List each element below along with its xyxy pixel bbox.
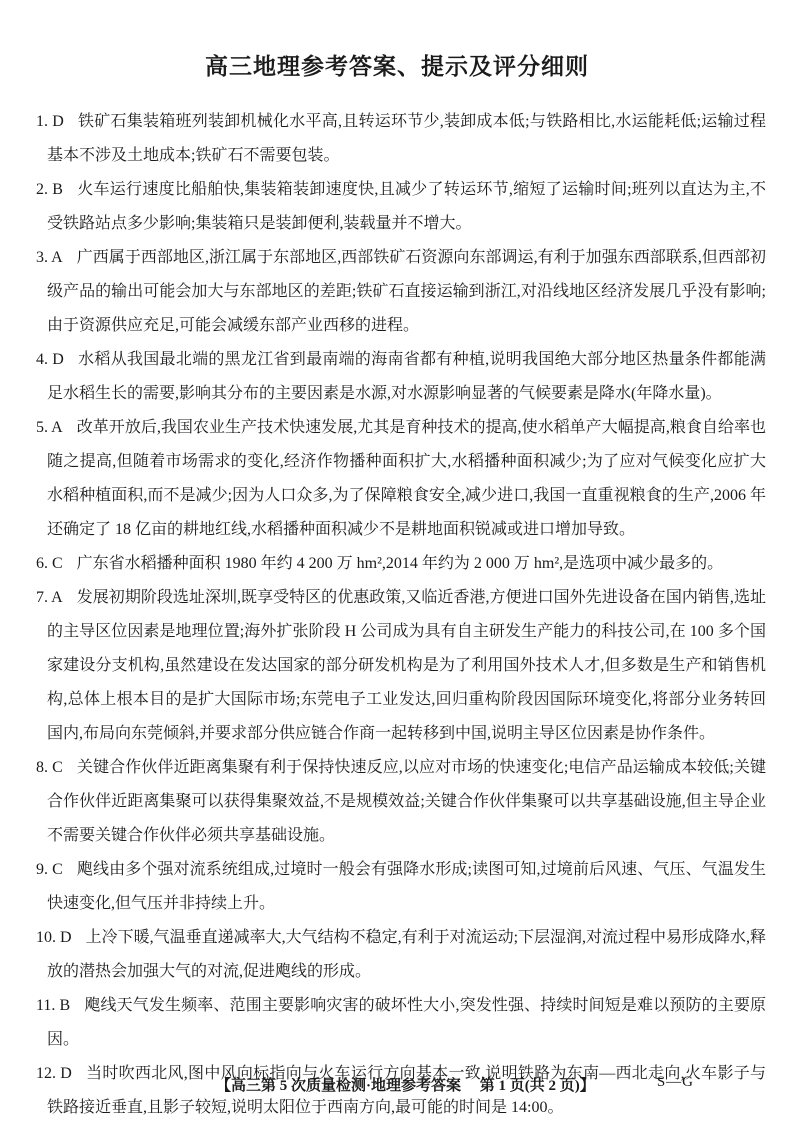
item-text: 水稻从我国最北端的黑龙江省到最南端的海南省都有种植,说明我国绝大部分地区热量条件…	[47, 351, 766, 402]
item-number: 10. D	[36, 929, 72, 946]
item-text: 关键合作伙伴近距离集聚有利于保持快速反应,以应对市场的快速变化;电信产品运输成本…	[47, 759, 766, 844]
item-text: 飑线天气发生频率、范围主要影响灾害的破坏性大小,突发性强、持续时间短是难以预防的…	[47, 997, 766, 1048]
item-number: 11. B	[36, 997, 70, 1014]
page-title: 高三地理参考答案、提示及评分细则	[0, 0, 794, 81]
answers-list: 1. D铁矿石集装箱班列装卸机械化水平高,且转运环节少,装卸成本低;与铁路相比,…	[0, 81, 794, 1123]
answer-item-5: 5. A改革开放后,我国农业生产技术快速发展,尤其是育种技术的提高,使水稻单产大…	[36, 411, 766, 547]
item-text: 改革开放后,我国农业生产技术快速发展,尤其是育种技术的提高,使水稻单产大幅提高,…	[47, 419, 766, 538]
item-text: 广东省水稻播种面积 1980 年约 4 200 万 hm²,2014 年约为 2…	[77, 555, 724, 572]
item-text: 上冷下暖,气温垂直递减率大,大气结构不稳定,有利于对流运动;下层湿润,对流过程中…	[47, 929, 766, 980]
item-text: 发展初期阶段选址深圳,既享受特区的优惠政策,又临近香港,方便进口国外先进设备在国…	[47, 589, 766, 742]
answer-item-9: 9. C飑线由多个强对流系统组成,过境时一般会有强降水形成;读图可知,过境前后风…	[36, 853, 766, 921]
answer-sheet-page: 高三地理参考答案、提示及评分细则 1. D铁矿石集装箱班列装卸机械化水平高,且转…	[0, 0, 794, 1123]
footer-exam-info: 【高三第 5 次质量检测·地理参考答案 第 1 页(共 2 页)】	[216, 1074, 595, 1095]
item-number: 1. D	[36, 113, 64, 130]
item-text: 飑线由多个强对流系统组成,过境时一般会有强降水形成;读图可知,过境前后风速、气压…	[47, 861, 766, 912]
item-number: 6. C	[36, 555, 63, 572]
answer-item-4: 4. D水稻从我国最北端的黑龙江省到最南端的海南省都有种植,说明我国绝大部分地区…	[36, 343, 766, 411]
answer-item-7: 7. A发展初期阶段选址深圳,既享受特区的优惠政策,又临近香港,方便进口国外先进…	[36, 581, 766, 751]
item-number: 8. C	[36, 759, 63, 776]
item-number: 5. A	[36, 419, 63, 436]
answer-item-1: 1. D铁矿石集装箱班列装卸机械化水平高,且转运环节少,装卸成本低;与铁路相比,…	[36, 105, 766, 173]
item-number: 7. A	[36, 589, 63, 606]
answer-item-10: 10. D上冷下暖,气温垂直递减率大,大气结构不稳定,有利于对流运动;下层湿润,…	[36, 921, 766, 989]
answer-item-3: 3. A广西属于西部地区,浙江属于东部地区,西部铁矿石资源向东部调运,有利于加强…	[36, 241, 766, 343]
page-footer: 【高三第 5 次质量检测·地理参考答案 第 1 页(共 2 页)】 S—G	[0, 1074, 794, 1104]
item-number: 2. B	[36, 181, 63, 198]
item-text: 广西属于西部地区,浙江属于东部地区,西部铁矿石资源向东部调运,有利于加强东西部联…	[47, 249, 766, 334]
item-number: 4. D	[36, 351, 64, 368]
item-number: 3. A	[36, 249, 63, 266]
item-number: 9. C	[36, 861, 63, 878]
footer-version-code: S—G	[657, 1074, 694, 1091]
answer-item-6: 6. C广东省水稻播种面积 1980 年约 4 200 万 hm²,2014 年…	[36, 547, 766, 581]
answer-item-11: 11. B飑线天气发生频率、范围主要影响灾害的破坏性大小,突发性强、持续时间短是…	[36, 989, 766, 1057]
item-text: 铁矿石集装箱班列装卸机械化水平高,且转运环节少,装卸成本低;与铁路相比,水运能耗…	[47, 113, 766, 164]
answer-item-2: 2. B火车运行速度比船舶快,集装箱装卸速度快,且减少了转运环节,缩短了运输时间…	[36, 173, 766, 241]
item-text: 火车运行速度比船舶快,集装箱装卸速度快,且减少了转运环节,缩短了运输时间;班列以…	[47, 181, 766, 232]
answer-item-8: 8. C关键合作伙伴近距离集聚有利于保持快速反应,以应对市场的快速变化;电信产品…	[36, 751, 766, 853]
